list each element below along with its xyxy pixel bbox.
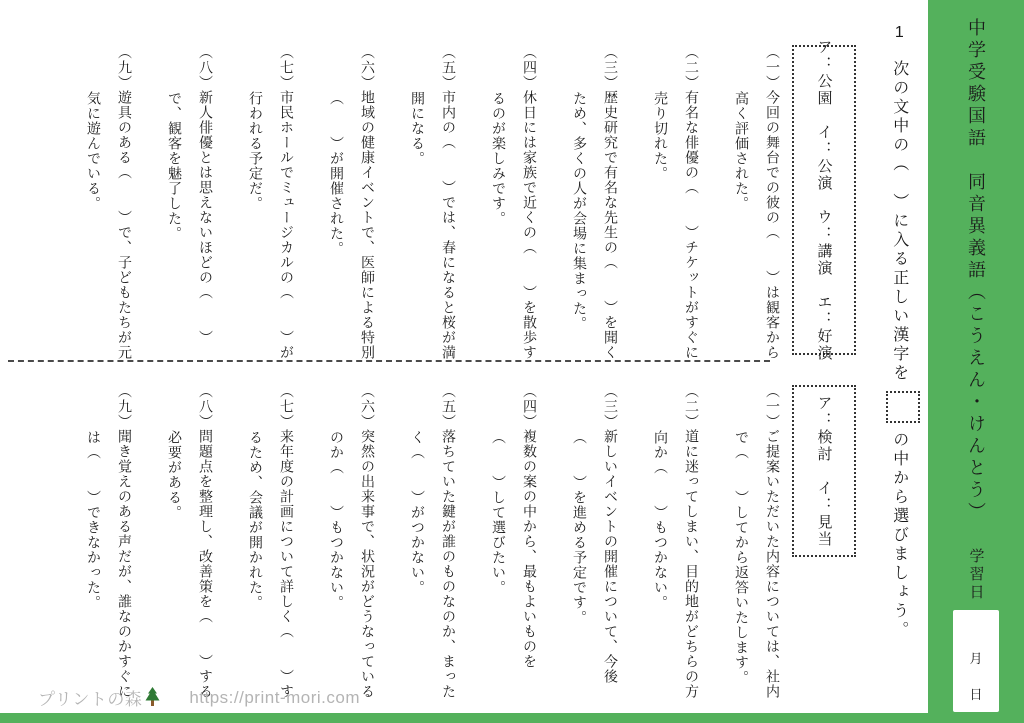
- question-text: 来年度の計画について詳しく（ ）するため、会議が開かれた。: [248, 429, 295, 699]
- worksheet-page: 1次の文中の（ ）に入る正しい漢字をの中から選びましょう。 ア：公園 イ：公演 …: [0, 0, 1024, 723]
- footer: プリントの森 https://print-mori.com: [38, 685, 360, 710]
- question-number: （二）: [684, 384, 700, 429]
- question-item: （七）市民ホールでミュージカルの（ ）が行われる予定だ。: [240, 45, 302, 360]
- choices-kouen-text: ア：公園 イ：公演 ウ：講演 エ：好演: [814, 39, 835, 362]
- day-label: 日: [969, 684, 982, 703]
- question-text: 有名な俳優の（ ）チケットがすぐに売り切れた。: [653, 90, 700, 360]
- question-text: 休日には家族で近くの（ ）を散歩するのが楽しみです。: [491, 90, 538, 360]
- choices-box-kentou: ア：検討 イ：見当: [792, 385, 856, 557]
- question-number: （九）: [117, 45, 133, 90]
- date-entry-box: 月 日: [953, 610, 999, 712]
- question-number: （一）: [765, 384, 781, 429]
- question-number: （九）: [117, 384, 133, 429]
- question-text: 突然の出来事で、状況がどうなっているのか（ ）もつかない。: [329, 429, 376, 699]
- question-text: 市民ホールでミュージカルの（ ）が行われる予定だ。: [248, 90, 295, 360]
- question-text: 道に迷ってしまい、目的地がどちらの方向か（ ）もつかない。: [653, 429, 700, 699]
- question-item: （二）道に迷ってしまい、目的地がどちらの方向か（ ）もつかない。: [645, 384, 707, 699]
- question-number: （五）: [441, 45, 457, 90]
- footer-green-bar: [0, 713, 1024, 723]
- question-item: （四）複数の案の中から、最もよいものを（ ）して選びたい。: [483, 384, 545, 699]
- question-number: （一）: [765, 45, 781, 90]
- question-text: 遊具のある（ ）で、子どもたちが元気に遊んでいる。: [86, 90, 133, 360]
- question-item: （五）市内の（ ）では、春になると桜が満開になる。: [402, 45, 464, 360]
- instruction-text-after: の中から選びましょう。: [891, 431, 908, 640]
- question-number: （三）: [603, 384, 619, 429]
- question-number: （五）: [441, 384, 457, 429]
- question-text: 新しいイベントの開催について、今後（ ）を進める予定です。: [572, 429, 619, 684]
- question-text: 問題点を整理し、改善策を（ ）する必要がある。: [167, 429, 214, 699]
- month-label: 月: [969, 648, 982, 667]
- question-text: 市内の（ ）では、春になると桜が満開になる。: [410, 90, 457, 360]
- answer-box-placeholder-icon: [886, 391, 920, 423]
- section-divider: [8, 360, 770, 362]
- footer-site-name: プリントの森: [38, 685, 142, 710]
- question-list-kouen: （一）今回の舞台での彼の（ ）は観客から高く評価された。 （二）有名な俳優の（ …: [40, 45, 788, 360]
- instruction-text-before: 次の文中の（ ）に入る正しい漢字を: [891, 60, 908, 383]
- instruction-column: 1次の文中の（ ）に入る正しい漢字をの中から選びましょう。: [878, 24, 920, 716]
- question-text: 複数の案の中から、最もよいものを（ ）して選びたい。: [491, 429, 538, 669]
- question-item: （五）落ちていた鍵が誰のものなのか、まったく（ ）がつかない。: [402, 384, 464, 699]
- pine-tree-icon: [144, 687, 161, 707]
- choices-box-kouen: ア：公園 イ：公演 ウ：講演 エ：好演: [792, 45, 856, 355]
- instruction-number: 1: [878, 24, 920, 44]
- study-date-label: 学習日: [966, 548, 987, 602]
- question-item: （一）今回の舞台での彼の（ ）は観客から高く評価された。: [726, 45, 788, 360]
- question-item: （六）突然の出来事で、状況がどうなっているのか（ ）もつかない。: [321, 384, 383, 699]
- question-number: （二）: [684, 45, 700, 90]
- question-item: （三）新しいイベントの開催について、今後（ ）を進める予定です。: [564, 384, 626, 699]
- worksheet-title: 中学受験国語 同音異義語（こうえん・けんとう）: [963, 18, 989, 524]
- question-item: （二）有名な俳優の（ ）チケットがすぐに売り切れた。: [645, 45, 707, 360]
- question-text: 聞き覚えのある声だが、誰なのかすぐには（ ）できなかった。: [86, 429, 133, 699]
- choices-kentou-text: ア：検討 イ：見当: [814, 395, 835, 548]
- question-text: 今回の舞台での彼の（ ）は観客から高く評価された。: [734, 90, 781, 360]
- question-item: （八）問題点を整理し、改善策を（ ）する必要がある。: [159, 384, 221, 699]
- question-item: （九）聞き覚えのある声だが、誰なのかすぐには（ ）できなかった。: [78, 384, 140, 699]
- question-number: （八）: [198, 384, 214, 429]
- question-text: 落ちていた鍵が誰のものなのか、まったく（ ）がつかない。: [410, 429, 457, 699]
- question-number: （四）: [522, 384, 538, 429]
- question-item: （七）来年度の計画について詳しく（ ）するため、会議が開かれた。: [240, 384, 302, 699]
- question-text: 歴史研究で有名な先生の（ ）を聞くため、多くの人が会場に集まった。: [572, 90, 619, 360]
- question-list-kentou: （一）ご提案いただいた内容については、社内で（ ）してから返答いたします。 （二…: [40, 384, 788, 699]
- question-number: （八）: [198, 45, 214, 90]
- question-item: （六）地域の健康イベントで、医師による特別（ ）が開催された。: [321, 45, 383, 360]
- question-number: （七）: [279, 384, 295, 429]
- question-item: （八）新人俳優とは思えないほどの（ ）で、観客を魅了した。: [159, 45, 221, 360]
- sidebar: 中学受験国語 同音異義語（こうえん・けんとう） 学習日 月 日: [928, 0, 1024, 723]
- question-text: ご提案いただいた内容については、社内で（ ）してから返答いたします。: [734, 429, 781, 699]
- question-number: （七）: [279, 45, 295, 90]
- question-item: （一）ご提案いただいた内容については、社内で（ ）してから返答いたします。: [726, 384, 788, 699]
- footer-url: https://print-mori.com: [189, 688, 360, 708]
- question-text: 新人俳優とは思えないほどの（ ）で、観客を魅了した。: [167, 90, 214, 345]
- question-item: （三）歴史研究で有名な先生の（ ）を聞くため、多くの人が会場に集まった。: [564, 45, 626, 360]
- question-number: （六）: [360, 45, 376, 90]
- question-text: 地域の健康イベントで、医師による特別（ ）が開催された。: [329, 90, 376, 360]
- question-item: （四）休日には家族で近くの（ ）を散歩するのが楽しみです。: [483, 45, 545, 360]
- question-number: （六）: [360, 384, 376, 429]
- question-number: （三）: [603, 45, 619, 90]
- question-number: （四）: [522, 45, 538, 90]
- question-item: （九）遊具のある（ ）で、子どもたちが元気に遊んでいる。: [78, 45, 140, 360]
